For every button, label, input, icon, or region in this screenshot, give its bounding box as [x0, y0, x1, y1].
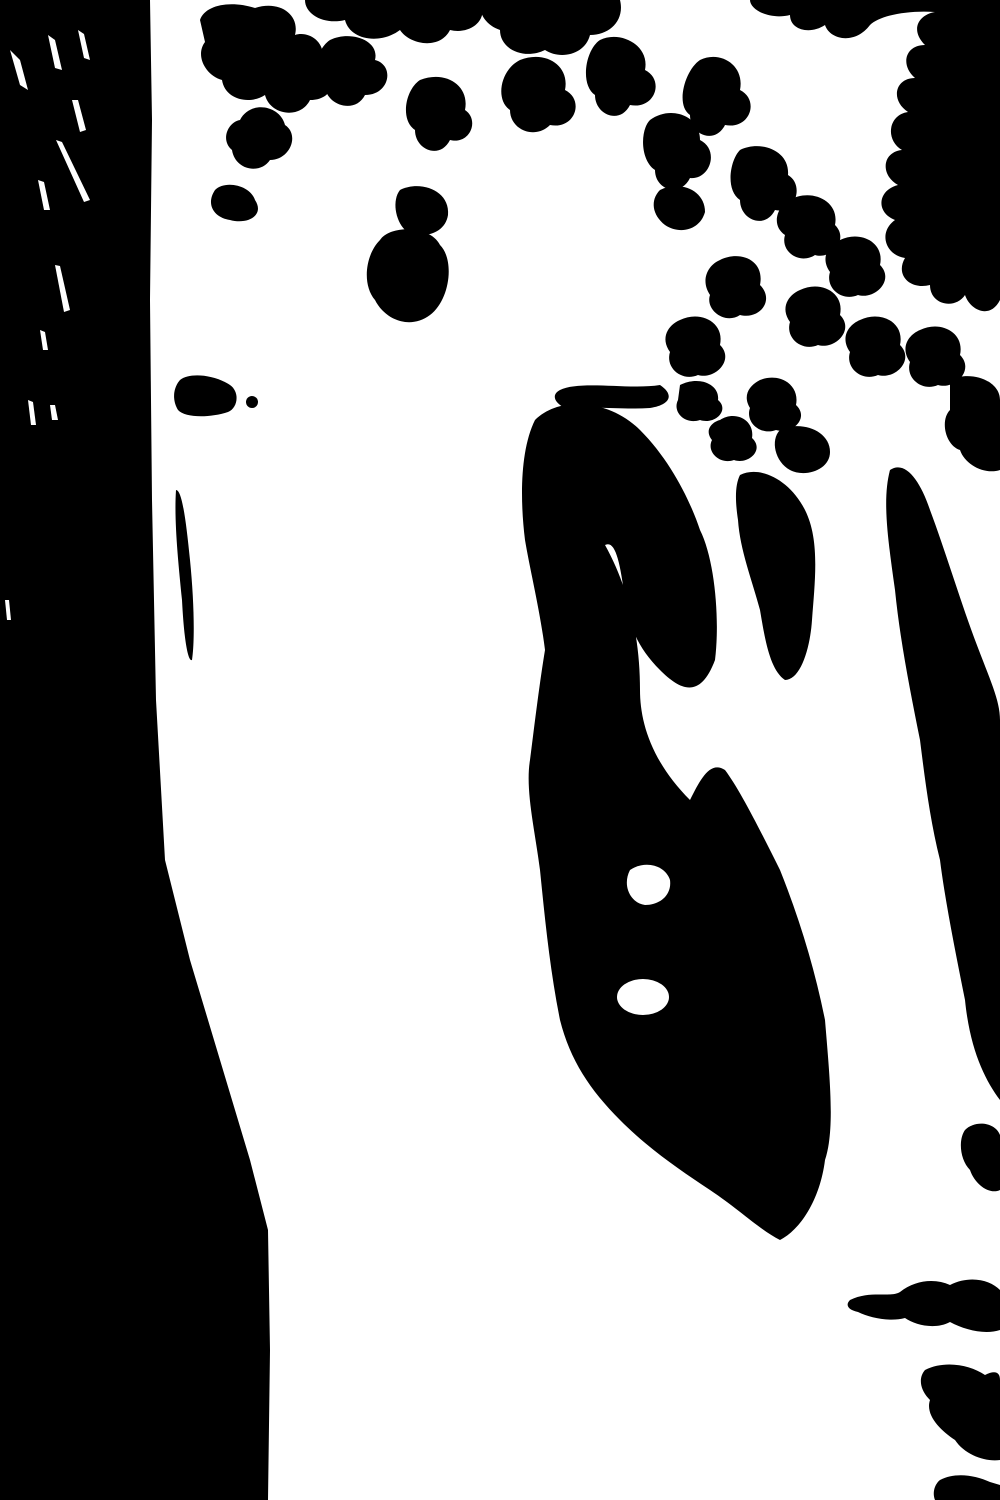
small-shadow-blob: [174, 375, 237, 416]
tree-trunk: [0, 0, 270, 1500]
vertical-shadow-stroke: [736, 472, 815, 680]
photo-scene: High-contrast black and white photograph…: [0, 0, 1000, 1500]
foliage-bottom-right: [848, 1124, 1000, 1500]
light-spot: [617, 979, 669, 1015]
foliage-top: [200, 0, 1000, 473]
right-shadow-figure: [886, 467, 1000, 1100]
thin-shadow-streak: [175, 490, 193, 660]
photo-canvas: [0, 0, 1000, 1500]
small-shadow-dot: [246, 396, 258, 408]
